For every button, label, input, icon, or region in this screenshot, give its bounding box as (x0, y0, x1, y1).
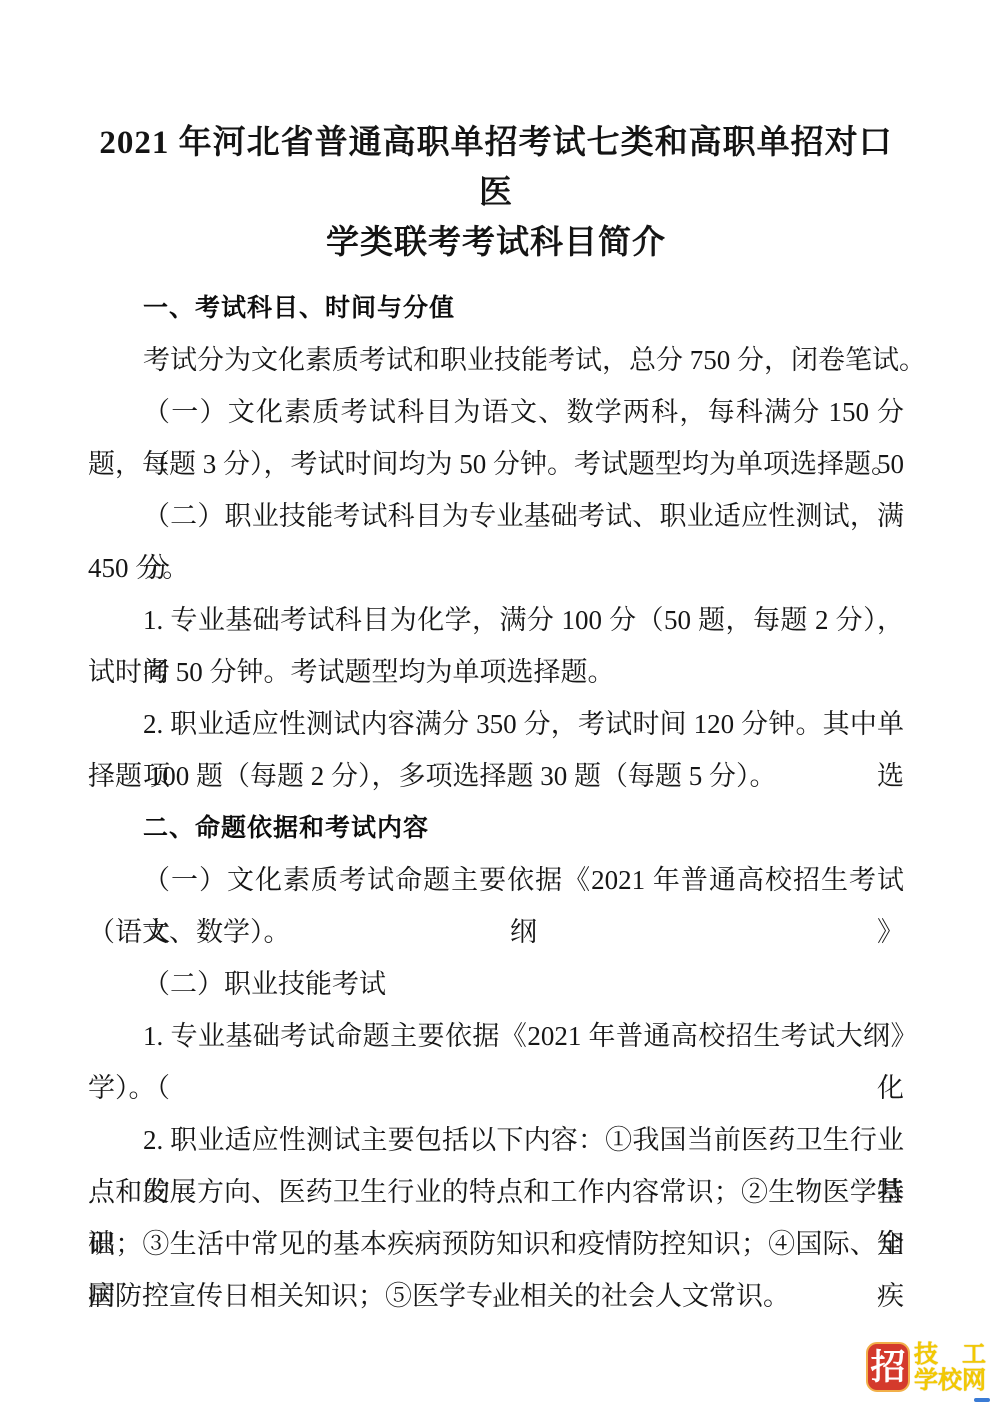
paragraph-line: 450 分。 (88, 542, 904, 594)
site-watermark-logo: 招 技 工 学校网 (866, 1342, 986, 1394)
logo-text-line-2: 学校网 (914, 1368, 986, 1394)
document-title: 2021 年河北省普通高职单招考试七类和高职单招对口医 学类联考考试科目简介 (88, 118, 904, 268)
paragraph-line: 试时间 50 分钟。考试题型均为单项选择题。 (88, 646, 904, 698)
document-title-line-2: 学类联考考试科目简介 (88, 218, 904, 268)
paragraph-line: 题，每题 3 分），考试时间均为 50 分钟。考试题型均为单项选择题。 (88, 438, 904, 490)
page-number: 1 (0, 1292, 992, 1312)
paragraph-line: 1. 专业基础考试科目为化学，满分 100 分（50 题，每题 2 分），考 (88, 594, 904, 646)
paragraph-line: （一）文化素质考试科目为语文、数学两科，每科满分 150 分（50 (88, 386, 904, 438)
document-content: 2021 年河北省普通高职单招考试七类和高职单招对口医 学类联考考试科目简介 一… (88, 118, 904, 1322)
document-page: 2021 年河北省普通高职单招考试七类和高职单招对口医 学类联考考试科目简介 一… (0, 0, 992, 1403)
paragraph-line: （二）职业技能考试科目为专业基础考试、职业适应性测试，满分 (88, 490, 904, 542)
paragraph-line: 考试分为文化素质考试和职业技能考试，总分 750 分，闭卷笔试。 (88, 334, 904, 386)
logo-text-line-1: 技 工 (914, 1342, 986, 1368)
paragraph-line: 2. 职业适应性测试主要包括以下内容：①我国当前医药卫生行业的特 (88, 1114, 904, 1166)
logo-text: 技 工 学校网 (914, 1342, 986, 1394)
blue-dash-decoration (974, 1398, 990, 1402)
paragraph-line: 1. 专业基础考试命题主要依据《2021 年普通高校招生考试大纲》（化 (88, 1010, 904, 1062)
paragraph-line: 2. 职业适应性测试内容满分 350 分，考试时间 120 分钟。其中单项选 (88, 698, 904, 750)
document-title-line-1: 2021 年河北省普通高职单招考试七类和高职单招对口医 (88, 118, 904, 218)
section-1-heading: 一、考试科目、时间与分值 (88, 282, 904, 334)
paragraph-line: 点和发展方向、医药卫生行业的特点和工作内容常识；②生物医学基础知 (88, 1166, 904, 1218)
zhao-badge-character: 招 (870, 1350, 905, 1385)
section-2-heading: 二、命题依据和考试内容 (88, 802, 904, 854)
paragraph-line: （二）职业技能考试 (88, 958, 904, 1010)
paragraph-line: 识；③生活中常见的基本疾病预防知识和疫情防控知识；④国际、全国疾 (88, 1218, 904, 1270)
zhao-badge-icon: 招 (866, 1342, 910, 1392)
paragraph-line: （一）文化素质考试命题主要依据《2021 年普通高校招生考试大纲》 (88, 854, 904, 906)
